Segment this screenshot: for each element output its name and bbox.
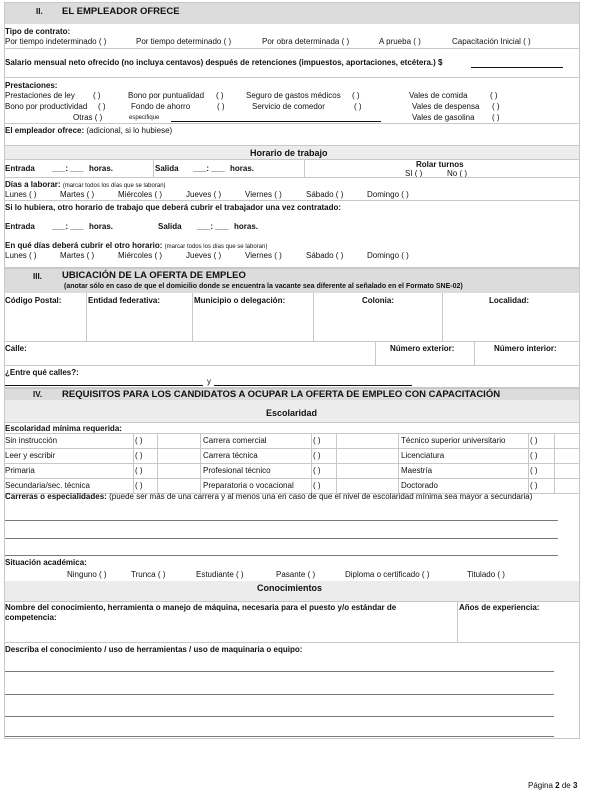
other-salida-label: Salida: [158, 222, 182, 231]
municipio-field[interactable]: Municipio o delegación:: [194, 296, 285, 305]
describa-input-line-4[interactable]: [5, 736, 554, 737]
escolaridad-option-checkbox[interactable]: ( ): [313, 451, 321, 460]
divider: [304, 159, 305, 177]
describa-input-line-2[interactable]: [5, 694, 554, 695]
other-schedule-label: Si lo hubiera, otro horario de trabajo q…: [5, 203, 341, 212]
other-day-jueves-checkbox[interactable]: Jueves ( ): [186, 251, 221, 260]
salida-horas-label: horas.: [230, 164, 254, 173]
benefit-especifique-input[interactable]: [171, 121, 381, 122]
benefit-fondo-ahorro-checkbox[interactable]: ( ): [217, 102, 225, 111]
divider: [5, 341, 579, 342]
divider: [398, 433, 399, 493]
divider: [554, 433, 555, 493]
divider: [5, 448, 579, 449]
escolaridad-option-label: Sin instrucción: [5, 436, 57, 445]
other-days-label: En qué días deberá cubrir el otro horari…: [5, 241, 162, 250]
divider: [192, 293, 193, 341]
escolaridad-option-checkbox[interactable]: ( ): [313, 436, 321, 445]
other-day-domingo-checkbox[interactable]: Domingo ( ): [367, 251, 409, 260]
benefit-comedor-checkbox[interactable]: ( ): [354, 102, 362, 111]
benefit-vales-comida-checkbox[interactable]: ( ): [490, 91, 498, 100]
escolaridad-option-checkbox[interactable]: ( ): [135, 451, 143, 460]
salary-label: Salario mensual neto ofrecido (no incluy…: [5, 58, 442, 67]
divider: [5, 48, 579, 49]
escolaridad-option-checkbox[interactable]: ( ): [135, 466, 143, 475]
work-days-note: (marcar todos los días que se laboran): [63, 183, 166, 189]
divider: [133, 433, 134, 493]
divider: [5, 200, 579, 201]
benefit-fondo-ahorro-label: Fondo de ahorro: [131, 102, 190, 111]
other-entrada-time-input[interactable]: ___: ___: [52, 222, 84, 231]
benefit-productividad-label: Bono por productividad: [5, 102, 87, 111]
contract-obra-checkbox[interactable]: Por obra determinada ( ): [262, 37, 349, 46]
divider: [5, 478, 579, 479]
employer-offers-label: El empleador ofrece:: [5, 126, 84, 135]
other-entrada-label: Entrada: [5, 222, 35, 231]
day-domingo-checkbox[interactable]: Domingo ( ): [367, 190, 409, 199]
escolaridad-minima-label: Escolaridad mínima requerida:: [5, 424, 122, 433]
situacion-pasante-checkbox[interactable]: Pasante ( ): [276, 570, 315, 579]
divider: [457, 601, 458, 642]
day-jueves-checkbox[interactable]: Jueves ( ): [186, 190, 221, 199]
escolaridad-option-checkbox[interactable]: ( ): [313, 466, 321, 475]
divider: [86, 293, 87, 341]
benefit-especifique-label: especifique: [129, 115, 159, 121]
section-3-number: III.: [33, 272, 42, 281]
carreras-label: Carreras o especialidades:: [5, 492, 107, 501]
escolaridad-option-label: Maestría: [401, 466, 432, 475]
contract-determinado-checkbox[interactable]: Por tiempo determinado ( ): [136, 37, 231, 46]
divider: [5, 177, 579, 178]
escolaridad-option-label: Secundaria/sec. técnica: [5, 481, 90, 490]
escolaridad-option-checkbox[interactable]: ( ): [530, 481, 538, 490]
work-days-label: Días a laborar:: [5, 180, 61, 189]
divider: [200, 433, 201, 493]
escolaridad-option-label: Doctorado: [401, 481, 438, 490]
benefit-vales-gasolina-label: Vales de gasolina: [412, 113, 475, 122]
divider: [311, 433, 312, 493]
entrada-label: Entrada: [5, 164, 35, 173]
escolaridad-option-checkbox[interactable]: ( ): [135, 481, 143, 490]
benefit-otras-checkbox[interactable]: Otras ( ): [73, 113, 102, 122]
escolaridad-option-label: Carrera técnica: [203, 451, 258, 460]
entidad-federativa-field[interactable]: Entidad federativa:: [88, 296, 160, 305]
localidad-field[interactable]: Localidad:: [489, 296, 529, 305]
divider: [336, 433, 337, 493]
entre-calle-2-input[interactable]: [214, 385, 412, 386]
section-4-number: IV.: [33, 390, 42, 399]
benefit-puntualidad-label: Bono por puntualidad: [128, 91, 204, 100]
escolaridad-option-checkbox[interactable]: ( ): [530, 451, 538, 460]
divider: [442, 293, 443, 341]
benefit-vales-gasolina-checkbox[interactable]: ( ): [492, 113, 500, 122]
escolaridad-option-label: Técnico superior universitario: [401, 436, 506, 445]
day-lunes-checkbox[interactable]: Lunes ( ): [5, 190, 37, 199]
numero-exterior-field[interactable]: Número exterior:: [390, 344, 454, 353]
situacion-estudiante-checkbox[interactable]: Estudiante ( ): [196, 570, 244, 579]
day-viernes-checkbox[interactable]: Viernes ( ): [245, 190, 282, 199]
contract-type-label: Tipo de contrato:: [5, 27, 70, 36]
page-sep: de: [560, 781, 573, 790]
divider: [5, 422, 579, 423]
divider: [5, 463, 579, 464]
divider: [313, 293, 314, 341]
schedule-title: Horario de trabajo: [250, 148, 328, 158]
benefit-puntualidad-checkbox[interactable]: ( ): [216, 91, 224, 100]
other-day-lunes-checkbox[interactable]: Lunes ( ): [5, 251, 37, 260]
carreras-note: (puede ser más de una carrera y al menos…: [109, 492, 532, 501]
escolaridad-option-checkbox[interactable]: ( ): [313, 481, 321, 490]
benefit-gastos-medicos-label: Seguro de gastos médicos: [246, 91, 341, 100]
section-4-title: REQUISITOS PARA LOS CANDIDATOS A OCUPAR …: [62, 389, 500, 400]
benefit-comedor-label: Servicio de comedor: [252, 102, 325, 111]
anios-experiencia-field[interactable]: Años de experiencia:: [459, 603, 539, 612]
contract-prueba-checkbox[interactable]: A prueba ( ): [379, 37, 421, 46]
contract-capacitacion-checkbox[interactable]: Capacitación Inicial ( ): [452, 37, 531, 46]
employer-offers-note: (adicional, si lo hubiese): [86, 126, 172, 135]
day-miercoles-checkbox[interactable]: Miércoles ( ): [118, 190, 162, 199]
other-days-label-group: En qué días deberá cubrir el otro horari…: [5, 241, 267, 250]
section-2-number: II.: [36, 7, 43, 16]
escolaridad-option-label: Leer y escribir: [5, 451, 55, 460]
section-2-title: EL EMPLEADOR OFRECE: [62, 6, 180, 17]
page-number: Página 2 de 3: [528, 781, 577, 790]
divider: [5, 601, 579, 602]
escolaridad-option-label: Primaria: [5, 466, 35, 475]
situacion-titulado-checkbox[interactable]: Titulado ( ): [467, 570, 505, 579]
other-day-martes-checkbox[interactable]: Martes ( ): [60, 251, 94, 260]
escolaridad-option-checkbox[interactable]: ( ): [530, 466, 538, 475]
day-martes-checkbox[interactable]: Martes ( ): [60, 190, 94, 199]
escolaridad-title: Escolaridad: [266, 408, 317, 418]
escolaridad-option-label: Licenciatura: [401, 451, 444, 460]
other-day-miercoles-checkbox[interactable]: Miércoles ( ): [118, 251, 162, 260]
codigo-postal-field[interactable]: Código Postal:: [5, 296, 61, 305]
benefit-ley-checkbox[interactable]: ( ): [93, 91, 101, 100]
describa-input-line-3[interactable]: [5, 716, 554, 717]
divider: [5, 433, 579, 434]
contract-indeterminado-checkbox[interactable]: Por tiempo indeterminado ( ): [5, 37, 106, 46]
divider: [474, 341, 475, 365]
conocimiento-nombre-field[interactable]: Nombre del conocimiento, herramienta o m…: [5, 603, 445, 623]
escolaridad-option-label: Preparatoria o vocacional: [203, 481, 294, 490]
divider: [5, 642, 579, 643]
escolaridad-option-checkbox[interactable]: ( ): [530, 436, 538, 445]
carreras-input-line-1[interactable]: [5, 520, 558, 521]
entrada-horas-label: horas.: [89, 164, 113, 173]
colonia-field[interactable]: Colonia:: [362, 296, 394, 305]
escolaridad-option-label: Carrera comercial: [203, 436, 267, 445]
escolaridad-option-checkbox[interactable]: ( ): [135, 436, 143, 445]
section-3-note: (anotar sólo en caso de que el domicilio…: [64, 283, 463, 290]
benefit-vales-despensa-label: Vales de despensa: [412, 102, 479, 111]
divider: [528, 433, 529, 493]
situacion-diploma-checkbox[interactable]: Diploma o certificado ( ): [345, 570, 429, 579]
benefit-vales-despensa-checkbox[interactable]: ( ): [492, 102, 500, 111]
rolar-turnos-label: Rolar turnos: [416, 160, 464, 169]
carreras-input-line-3[interactable]: [5, 555, 558, 556]
section-3-title: UBICACIÓN DE LA OFERTA DE EMPLEO: [62, 270, 246, 281]
situacion-trunca-checkbox[interactable]: Trunca ( ): [131, 570, 165, 579]
describa-input-line-1[interactable]: [5, 671, 554, 672]
situacion-academica-label: Situación académica:: [5, 558, 87, 567]
page-total: 3: [573, 781, 577, 790]
other-salida-horas-label: horas.: [234, 222, 258, 231]
day-sabado-checkbox[interactable]: Sábado ( ): [306, 190, 343, 199]
divider: [375, 341, 376, 365]
work-days-label-group: Días a laborar: (marcar todos los días q…: [5, 180, 166, 189]
entre-calles-y: y: [207, 377, 211, 386]
divider: [153, 159, 154, 177]
calle-field[interactable]: Calle:: [5, 344, 27, 353]
benefits-label: Prestaciones:: [5, 81, 57, 90]
entre-calles-label: ¿Entre qué calles?:: [5, 368, 79, 377]
other-salida-time-input[interactable]: ___: ___: [197, 222, 229, 231]
numero-interior-field[interactable]: Número interior:: [494, 344, 557, 353]
other-days-note: (marcar todos los días que se laboran): [165, 244, 268, 250]
divider: [5, 77, 579, 78]
salida-label: Salida: [155, 164, 179, 173]
situacion-ninguno-checkbox[interactable]: Ninguno ( ): [67, 570, 107, 579]
other-day-viernes-checkbox[interactable]: Viernes ( ): [245, 251, 282, 260]
salary-input[interactable]: [471, 67, 563, 68]
benefit-productividad-checkbox[interactable]: ( ): [98, 102, 106, 111]
divider: [5, 159, 579, 160]
divider: [157, 433, 158, 493]
benefit-vales-comida-label: Vales de comida: [409, 91, 468, 100]
conocimientos-title: Conocimientos: [257, 583, 322, 593]
divider: [5, 123, 579, 124]
divider: [5, 365, 579, 366]
benefit-ley-label: Prestaciones de ley: [5, 91, 75, 100]
page-prefix: Página: [528, 781, 555, 790]
other-day-sabado-checkbox[interactable]: Sábado ( ): [306, 251, 343, 260]
carreras-input-line-2[interactable]: [5, 538, 558, 539]
entrada-time-input[interactable]: ___: ___: [52, 164, 84, 173]
employer-offers-field[interactable]: El empleador ofrece: (adicional, si lo h…: [5, 126, 172, 135]
salida-time-input[interactable]: ___: ___: [193, 164, 225, 173]
other-entrada-horas-label: horas.: [89, 222, 113, 231]
escolaridad-option-label: Profesional técnico: [203, 466, 271, 475]
benefit-gastos-medicos-checkbox[interactable]: ( ): [352, 91, 360, 100]
describa-label: Describa el conocimiento / uso de herram…: [5, 645, 302, 654]
carreras-label-group: Carreras o especialidades: (puede ser má…: [5, 492, 532, 501]
entre-calle-1-input[interactable]: [5, 385, 203, 386]
